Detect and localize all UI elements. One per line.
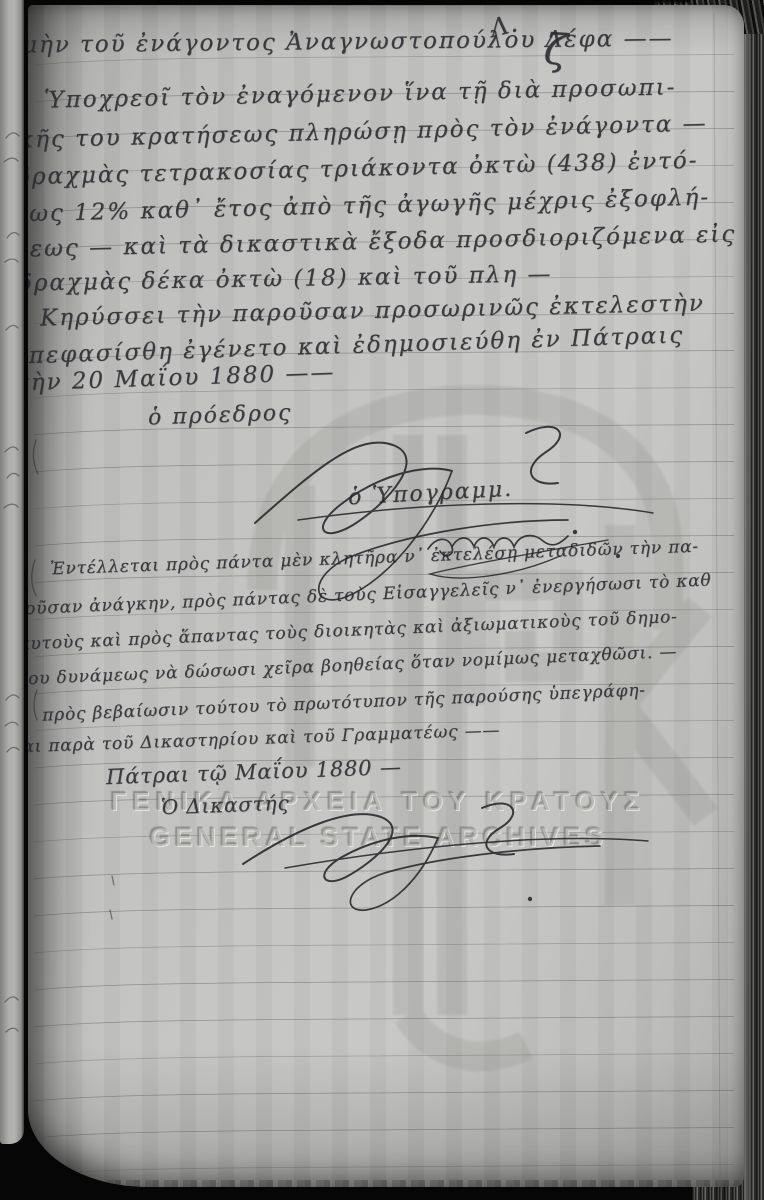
secretary-signature-label: ὁ Ὑπογραμμ.	[347, 477, 513, 511]
president-signature-label: ὁ πρόεδρος	[148, 400, 293, 430]
manuscript-line: κῆς του κρατήσεως πληρώσῃ πρὸς τὸν ἐνάγο…	[28, 111, 708, 154]
manuscript-page: ΓΕΝΙΚΑ ΑΡΧΕΙΑ ΤΟΥ ΚΡΑΤΟΥΣ GENERAL STATE …	[28, 5, 744, 1187]
manuscript-line: Ὑποχρεοῖ τὸν ἐναγόμενον ἵνα τῇ διὰ προσω…	[44, 74, 677, 113]
manuscript-line: κως 12% καθ᾽ ἔτος ἀπὸ τῆς ἀγωγῆς μέχρις …	[28, 184, 710, 227]
manuscript-line: Ἐντέλλεται πρὸς πάντα μὲν κλητῆρα ν᾽ ἐκτ…	[50, 537, 699, 580]
president-signature	[255, 427, 653, 600]
bottom-signatory-label: Ὁ Δικαστής	[161, 791, 290, 819]
place-date-line: Πάτραι τῷ Μαΐου 1880 —	[106, 755, 402, 789]
fore-edge-highlight	[744, 0, 750, 1200]
manuscript-line: δραχμὰς τετρακοσίας τριάκοντα ὀκτὼ (438)…	[28, 148, 699, 191]
facing-page-sliver	[0, 0, 24, 1144]
bottom-signature	[243, 804, 648, 911]
manuscript-line: σεως — καὶ τὰ δικαστικὰ ἔξοδα προσδιοριζ…	[28, 221, 737, 262]
manuscript-line: ται παρὰ τοῦ Δικαστηρίου καὶ τοῦ Γραμματ…	[28, 720, 500, 757]
manuscript-line: δραχμὰς δέκα ὀκτὼ (18) καὶ τοῦ πλη —	[28, 261, 553, 296]
watermark-text-english: GENERAL STATE ARCHIVES	[98, 822, 658, 853]
manuscript-line: πρὸς βεβαίωσιν τούτου τὸ πρωτότυπον τῆς …	[42, 680, 646, 725]
scanned-document-photo: ΓΕΝΙΚΑ ΑΡΧΕΙΑ ΤΟΥ ΚΡΑΤΟΥΣ GENERAL STATE …	[0, 0, 764, 1200]
page-top-edge-shadow	[70, 0, 690, 6]
manuscript-line: μὴν τοῦ ἐνάγοντος Ἀναγνωστοπούλου Λέφα —…	[28, 26, 674, 59]
